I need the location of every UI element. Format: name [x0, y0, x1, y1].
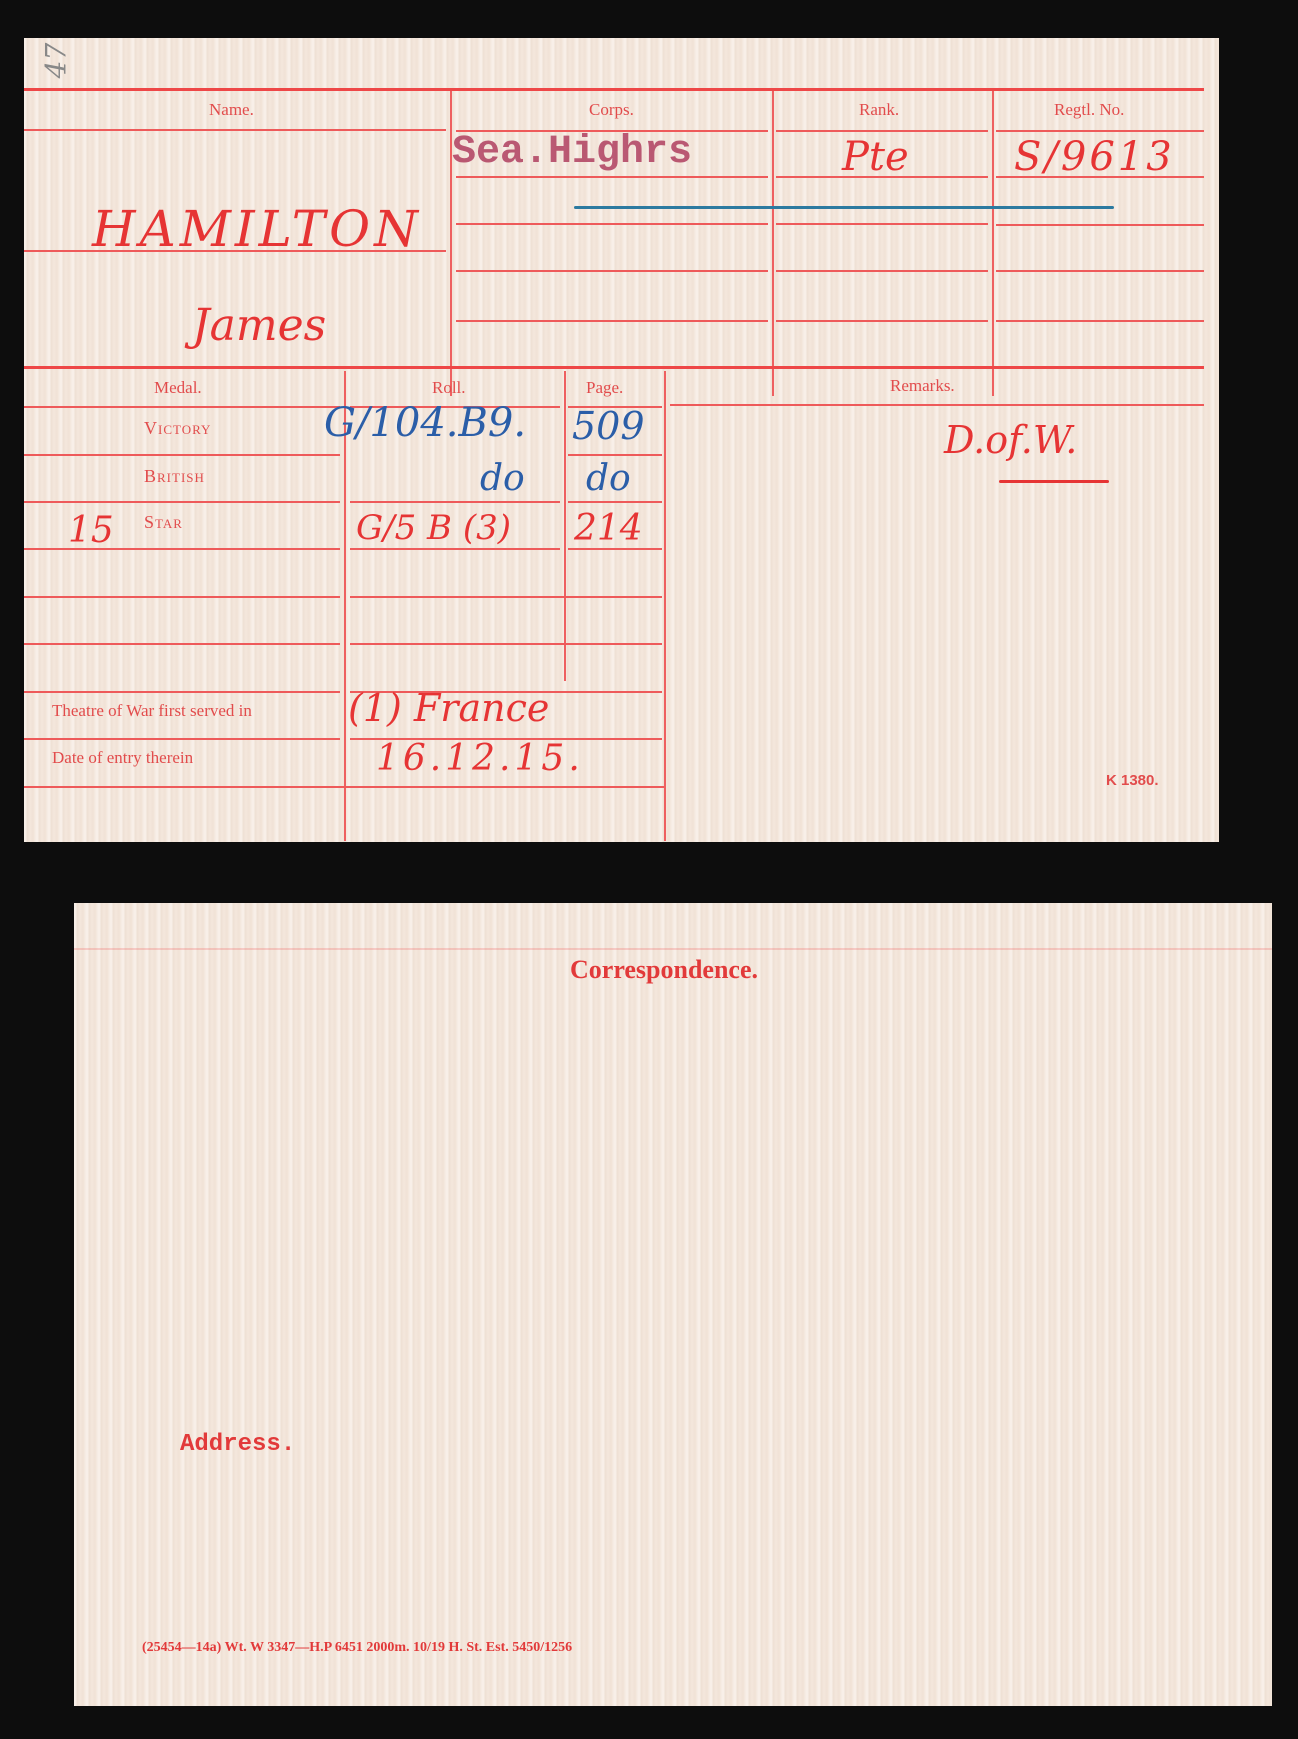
regtl-no-value: S/9613 — [1014, 134, 1175, 180]
header-name: Name. — [209, 100, 254, 120]
rule — [350, 596, 662, 598]
rule — [996, 130, 1204, 132]
roll-british: do — [480, 458, 525, 499]
roll-victory: G/104.B9. — [324, 400, 526, 446]
rule — [776, 320, 988, 322]
faint-rule — [74, 948, 1272, 950]
rule — [350, 548, 560, 550]
roll-star: G/5 B (3) — [356, 508, 511, 548]
medal-star: Star — [144, 512, 183, 533]
theatre-value: (1) France — [348, 686, 549, 730]
divider-roll-page — [564, 371, 566, 681]
rule — [350, 643, 662, 645]
blue-pencil-line — [574, 206, 1114, 209]
star-prefix: 15 — [68, 510, 114, 551]
header-regtl-no: Regtl. No. — [1054, 100, 1124, 120]
rule — [568, 454, 662, 456]
divider-page-remarks — [664, 371, 666, 841]
rule — [24, 596, 340, 598]
header-rank: Rank. — [859, 100, 899, 120]
header-corps: Corps. — [589, 100, 634, 120]
date-value: 16.12.15. — [376, 738, 584, 779]
rule — [996, 270, 1204, 272]
divider-rank-regtl — [992, 91, 994, 396]
header-page: Page. — [586, 378, 623, 398]
rule — [24, 738, 340, 740]
remarks-value: D.of.W. — [944, 418, 1077, 462]
rule — [996, 224, 1204, 226]
forename: James — [192, 300, 326, 351]
surname: HAMILTON — [92, 200, 422, 258]
page-victory: 509 — [572, 404, 645, 448]
medal-index-card-front: 47 Name. Corps. Rank. Regtl. No. HAMILTO… — [24, 38, 1219, 842]
address-label: Address. — [180, 1431, 295, 1458]
rule — [776, 223, 988, 225]
rule — [24, 501, 340, 503]
rule — [24, 406, 340, 408]
top-rule — [24, 88, 1204, 91]
header-remarks: Remarks. — [890, 376, 955, 396]
rule — [776, 270, 988, 272]
middle-rule — [24, 366, 1204, 369]
rule — [24, 129, 446, 131]
rule — [24, 786, 664, 788]
date-label: Date of entry therein — [52, 748, 193, 768]
correspondence-title: Correspondence. — [570, 955, 758, 985]
rule — [456, 320, 768, 322]
rule — [24, 454, 340, 456]
rule — [996, 320, 1204, 322]
rule — [670, 404, 1204, 406]
medal-british: British — [144, 466, 205, 487]
page-star: 214 — [574, 508, 643, 549]
corner-pencil-mark: 47 — [39, 43, 72, 79]
printer-imprint: (25454—14a) Wt. W 3347—H.P 6451 2000m. 1… — [142, 1640, 572, 1656]
medal-index-card-back: Correspondence. Address. (25454—14a) Wt.… — [74, 903, 1272, 1706]
rule — [24, 691, 340, 693]
header-medal: Medal. — [154, 378, 202, 398]
divider-corps-rank — [772, 91, 774, 396]
rule — [456, 270, 768, 272]
rule — [350, 501, 560, 503]
header-roll: Roll. — [432, 378, 466, 398]
rule — [24, 643, 340, 645]
rule — [568, 501, 662, 503]
rule — [776, 130, 988, 132]
rule — [456, 176, 768, 178]
theatre-label: Theatre of War first served in — [52, 701, 252, 721]
remarks-underline — [999, 480, 1109, 483]
rule — [456, 223, 768, 225]
corps-stamp: Sea.Highrs — [452, 130, 692, 175]
medal-victory: Victory — [144, 418, 211, 439]
form-code: K 1380. — [1106, 772, 1159, 789]
rank-value: Pte — [842, 134, 909, 180]
page-british: do — [586, 458, 631, 499]
